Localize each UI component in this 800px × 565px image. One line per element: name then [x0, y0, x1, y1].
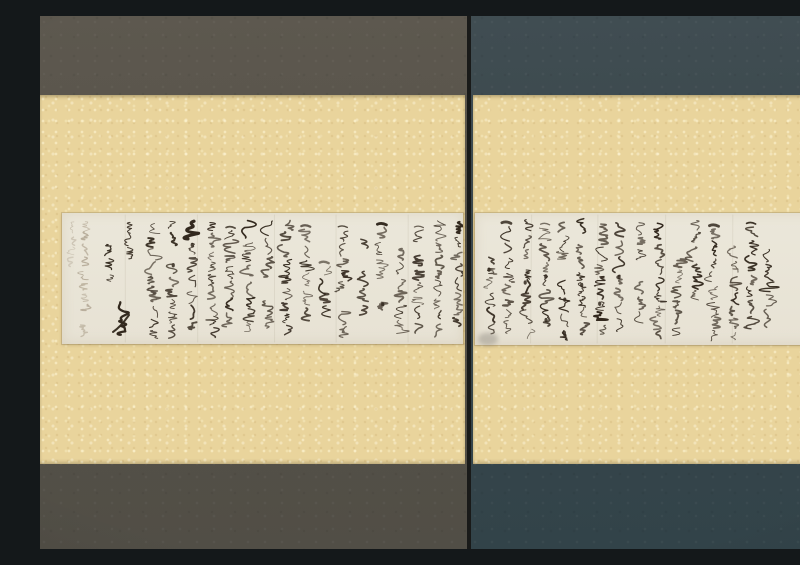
calligraphy-columns-right [475, 213, 800, 345]
panel-hinge-seam [467, 16, 471, 549]
photograph-of-mounted-letter: Handwritten letter in cursive Japanese c… [40, 16, 800, 549]
calligraphy-columns-left [62, 213, 463, 344]
letter-sheet-right [475, 213, 800, 345]
letter-sheet-left [62, 213, 463, 344]
